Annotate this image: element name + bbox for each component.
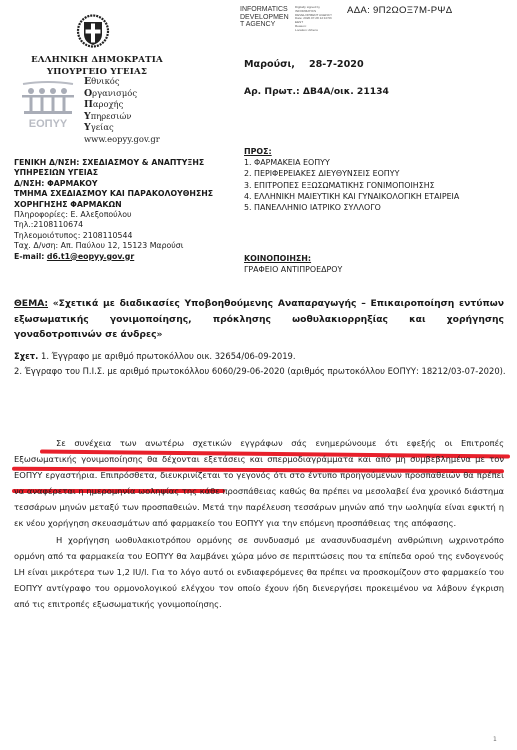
org-word: Οργανισμός — [84, 88, 137, 100]
place-label: Μαρούσι, — [244, 59, 295, 70]
contact-person: Πληροφορίες: Ε. Αλεξοπούλου — [14, 210, 244, 220]
org-word: Εθνικός — [84, 76, 137, 88]
recipient-item: 3. ΕΠΙΤΡΟΠΕΣ ΕΞΩΣΩΜΑΤΙΚΗΣ ΓΟΝΙΜΟΠΟΙΗΣΗΣ — [244, 180, 514, 191]
email-line: E-mail: d6.t1@eopyy.gov.gr — [14, 252, 244, 262]
paragraph-1: Σε συνέχεια των ανωτέρω σχετικών εγγράφω… — [14, 436, 504, 531]
sender-block: ΓΕΝΙΚΗ Δ/ΝΣΗ: ΣΧΕΔΙΑΣΜΟΥ & ΑΝΑΠΤΥΞΗΣ ΥΠΗ… — [14, 158, 244, 262]
cc-block: ΚΟΙΝΟΠΟΙΗΣΗ: ΓΡΑΦΕΙΟ ΑΝΤΙΠΡΟΕΔΡΟΥ — [244, 253, 342, 275]
phone: Τηλ.:2108110674 — [14, 220, 244, 230]
subject-label: ΘΕΜΑ: — [14, 298, 48, 309]
issuer-heading: ΕΛΛΗΝΙΚΗ ΔΗΜΟΚΡΑΤΙΑ ΥΠΟΥΡΓΕΙΟ ΥΓΕΙΑΣ — [22, 54, 172, 78]
digital-signature-org: INFORMATICS DEVELOPMEN T AGENCY — [240, 6, 294, 29]
document-date: 28-7-2020 — [309, 59, 364, 70]
org-word: Υγείας — [84, 122, 137, 134]
greek-coat-of-arms-icon — [76, 14, 110, 48]
recipient-item: 5. ΠΑΝΕΛΛΗΝΙΟ ΙΑΤΡΙΚΟ ΣΥΛΛΟΓΟ — [244, 202, 514, 213]
republic-name: ΕΛΛΗΝΙΚΗ ΔΗΜΟΚΡΑΤΙΑ — [22, 54, 172, 66]
recipient-item: 4. ΕΛΛΗΝΙΚΗ ΜΑΙΕΥΤΙΚΗ ΚΑΙ ΓΥΝΑΙΚΟΛΟΓΙΚΗ … — [244, 191, 469, 202]
organization-name: Εθνικός Οργανισμός Παροχής Υπηρεσιών Υγε… — [84, 76, 137, 134]
letter-body: Σε συνέχεια των ανωτέρω σχετικών εγγράφω… — [14, 436, 504, 613]
svg-text:ΕΟΠΥΥ: ΕΟΠΥΥ — [29, 118, 68, 130]
postal-address: Ταχ. Δ/νση: Απ. Παύλου 12, 15123 Μαρούσι — [14, 241, 244, 251]
protocol-number: Αρ. Πρωτ.: ΔΒ4Α/οικ. 21134 — [244, 86, 389, 97]
recipient-item: 1. ΦΑΡΜΑΚΕΙΑ ΕΟΠΥΥ — [244, 157, 514, 168]
recipients-heading: ΠΡΟΣ: — [244, 146, 514, 157]
recipient-item: 2. ΠΕΡΙΦΕΡΕΙΑΚΕΣ ΔΙΕΥΘΥΝΣΕΙΣ ΕΟΠΥΥ — [244, 168, 514, 179]
fax: Τηλεομοιότυπος: 2108110544 — [14, 231, 244, 241]
references: Σχετ. 1. Έγγραφο με αριθμό πρωτοκόλλου ο… — [14, 349, 509, 378]
email-link[interactable]: d6.t1@eopyy.gov.gr — [47, 252, 134, 261]
eopyy-logo-icon: ΕΟΠΥΥ — [20, 80, 76, 130]
reference-2: 2. Έγγραφο του Π.Ι.Σ. με αριθμό πρωτοκόλ… — [14, 364, 509, 379]
cc-heading: ΚΟΙΝΟΠΟΙΗΣΗ: — [244, 253, 342, 264]
org-word: Παροχής — [84, 99, 137, 111]
recipients-block: ΠΡΟΣ: 1. ΦΑΡΜΑΚΕΙΑ ΕΟΠΥΥ 2. ΠΕΡΙΦΕΡΕΙΑΚΕ… — [244, 146, 514, 213]
cc-item: ΓΡΑΦΕΙΟ ΑΝΤΙΠΡΟΕΔΡΟΥ — [244, 264, 342, 275]
digital-signature-details: Digitally signed by INFORMATICS DEVELOPM… — [295, 6, 365, 33]
subject: ΘΕΜΑ: «Σχετικά με διαδικασίες Υποβοηθούμ… — [14, 296, 504, 343]
page-number: 1 — [493, 736, 497, 743]
date-line: Μαρούσι,28-7-2020 — [244, 59, 364, 70]
subject-text: «Σχετικά με διαδικασίες Υποβοηθούμενης Α… — [14, 298, 504, 340]
website-url: www.eopyy.gov.gr — [84, 134, 160, 144]
reference-1: Σχετ. 1. Έγγραφο με αριθμό πρωτοκόλλου ο… — [14, 349, 509, 364]
paragraph-2: Η χορήγηση ωοθυλακιοτρόπου ορμόνης σε συ… — [14, 533, 504, 613]
org-word: Υπηρεσιών — [84, 111, 137, 123]
